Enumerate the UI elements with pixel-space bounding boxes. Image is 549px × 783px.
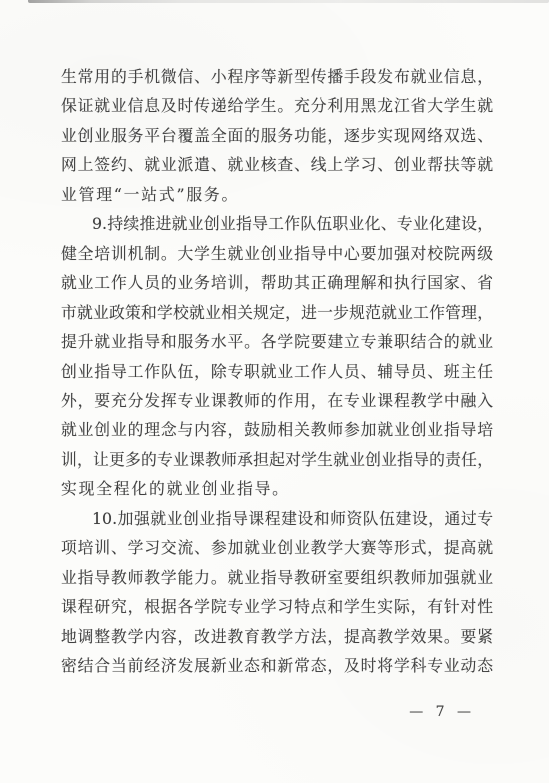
text-line: 实现全程化的就业创业指导。 [61,474,493,503]
document-body: 生常用的手机微信、小程序等新型传播手段发布就业信息，保证就业信息及时传递给学生。… [61,62,493,681]
text-line: 健全培训机制。大学生就业创业指导中心要加强对校院两级 [61,239,493,268]
text-line: 生常用的手机微信、小程序等新型传播手段发布就业信息， [61,62,493,91]
text-line: 保证就业信息及时传递给学生。充分利用黑龙江省大学生就 [61,91,493,120]
text-line: 提升就业指导和服务水平。各学院要建立专兼职结合的就业 [61,327,493,356]
text-line: 网上签约、就业派遣、就业核查、线上学习、创业帮扶等就 [61,150,493,179]
text-line: 外，要充分发挥专业课教师的作用，在专业课程教学中融入 [61,386,493,415]
page-number: — 7 — [409,704,475,720]
text-line: 就业工作人员的业务培训，帮助其正确理解和执行国家、省 [61,268,493,297]
text-line: 地调整教学内容，改进教育教学方法，提高教学效果。要紧 [61,622,493,651]
text-line: 10.加强就业创业指导课程建设和师资队伍建设，通过专 [61,504,493,533]
text-line: 密结合当前经济发展新业态和新常态，及时将学科专业动态 [61,651,493,680]
text-line: 项培训、学习交流、参加就业创业教学大赛等形式，提高就 [61,533,493,562]
text-line: 课程研究，根据各学院专业学习特点和学生实际，有针对性 [61,592,493,621]
text-line: 业指导教师教学能力。就业指导教研室要组织教师加强就业 [61,563,493,592]
text-line: 业管理“一站式”服务。 [61,180,493,209]
text-line: 创业指导工作队伍，除专职就业工作人员、辅导员、班主任 [61,357,493,386]
text-line: 训，让更多的专业课教师承担起对学生就业创业指导的责任， [61,445,493,474]
text-line: 业创业服务平台覆盖全面的服务功能，逐步实现网络双选、 [61,121,493,150]
text-line: 市就业政策和学校就业相关规定，进一步规范就业工作管理， [61,298,493,327]
text-line: 9.持续推进就业创业指导工作队伍职业化、专业化建设， [61,209,493,238]
text-line: 就业创业的理念与内容，鼓励相关教师参加就业创业指导培 [61,415,493,444]
document-page: 生常用的手机微信、小程序等新型传播手段发布就业信息，保证就业信息及时传递给学生。… [0,0,549,783]
scan-artifact-top-edge [28,0,549,3]
